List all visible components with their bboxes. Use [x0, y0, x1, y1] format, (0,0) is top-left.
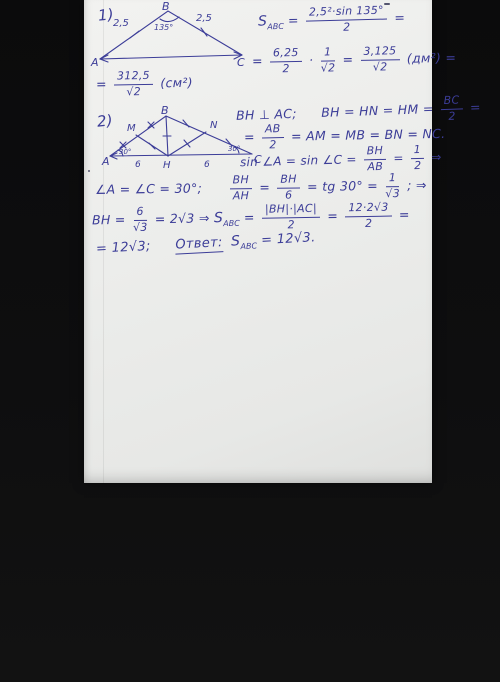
notebook-page: 1) A B C 2,5 2,5 135° SABC = 2,5²·sin 13…: [84, 0, 432, 483]
fraction-numerator: 12·2√3: [345, 202, 392, 217]
problem1-equation-1: SABC = 2,5²·sin 135°2 =: [258, 4, 406, 36]
angle-values-statement: ∠A = ∠C = 30°;: [95, 180, 202, 196]
fraction-numerator: 6,25: [270, 47, 302, 62]
tick-side-bc: [201, 28, 207, 36]
angle-b-arc: [160, 17, 179, 22]
problem2-line-4: ∠A = ∠C = 30°; BHAH = BH6 = tg 30° = 1√3…: [95, 172, 427, 205]
fraction-denominator: √2: [126, 85, 141, 99]
problem1-equation-2: = 6,252 · 1√2 = 3,125√2 (дм²) =: [252, 44, 457, 76]
area-symbol-subscript: ABC: [223, 219, 240, 228]
fraction-denominator: √3: [385, 187, 400, 201]
answer-label: Ответ:: [175, 235, 223, 254]
equals-sign: =: [393, 151, 404, 165]
problem2-line-5: BH = 6√3 = 2√3 ⇒ SABC = |BH|·|AC|2 = 12·…: [92, 201, 410, 235]
fraction-denominator: √3: [133, 220, 148, 234]
fraction: BHAB: [364, 145, 387, 174]
tick-side-ab: [130, 31, 139, 38]
spacer: [301, 117, 317, 118]
equals-sign: =: [252, 53, 263, 68]
perpendicular-statement: BH ⊥ AC;: [236, 106, 297, 123]
fraction-numerator: 6: [133, 206, 147, 221]
triangle2-point-h-label: H: [163, 160, 171, 171]
equals-sign: =: [445, 50, 456, 65]
multiply-dot: ·: [309, 52, 314, 67]
angle-a-value: 30°: [119, 148, 131, 156]
spacer: [155, 249, 171, 250]
problem1-triangle-diagram: A B C 2,5 2,5 135°: [90, 2, 252, 68]
area-symbol: S: [258, 13, 268, 29]
fraction: 12: [411, 144, 425, 173]
equals-sign: =: [244, 210, 255, 225]
triangle2-vertex-a-label: A: [101, 155, 110, 168]
fraction-numerator: BC: [440, 94, 462, 109]
fraction: 3,125√2: [360, 45, 399, 74]
fraction-denominator: 2: [365, 217, 373, 231]
fraction: BH6: [277, 173, 300, 202]
fraction: 6,252: [270, 47, 302, 76]
equals-sign: =: [327, 208, 338, 223]
fraction: 12·2√32: [345, 202, 392, 231]
fraction: 312,5√2: [114, 70, 153, 99]
equal-segments-statement: BH = HN = HМ =: [321, 101, 434, 120]
implies-arrow: ; ⇒: [407, 177, 427, 192]
fraction: 1√2: [320, 46, 335, 75]
triangle1-side-bc-length: 2,5: [196, 13, 212, 24]
equals-sign: =: [96, 76, 107, 91]
triangle1-vertex-c-label: C: [237, 56, 245, 69]
triangle1-side-ac: [100, 55, 242, 59]
equals-sign: =: [470, 99, 481, 114]
segment-ah-length: 6: [135, 160, 141, 170]
final-answer-value: = 12√3.: [261, 230, 316, 248]
segment-hc-length: 6: [204, 160, 210, 170]
fraction: |BH|·|AC|2: [262, 203, 321, 232]
area-symbol: S: [214, 210, 223, 226]
stray-ink-dot: [88, 170, 90, 172]
area-symbol-subscript: ABC: [267, 22, 284, 31]
result-value: = 12√3;: [96, 239, 151, 257]
fraction-denominator: √2: [373, 60, 388, 74]
bh-value-statement: BH =: [92, 212, 126, 228]
fraction-denominator: √2: [321, 61, 336, 75]
equals-sign: =: [342, 52, 353, 67]
sine-statement: sin ∠A = sin ∠C =: [240, 152, 357, 169]
fraction: 2,5²·sin 135°2: [306, 5, 388, 35]
equals-sign: =: [399, 207, 410, 222]
fraction-numerator: 312,5: [114, 70, 153, 85]
triangle1-side-ab-length: 2,5: [113, 18, 129, 29]
fraction-denominator: 2: [282, 62, 290, 76]
fraction-denominator: 6: [285, 188, 293, 202]
problem2-line-6-answer: = 12√3; Ответ: SABC = 12√3.: [96, 230, 316, 258]
fraction: BHAH: [229, 174, 252, 203]
angle-c-value: 30°: [228, 145, 240, 153]
fraction-numerator: AB: [262, 123, 284, 138]
fraction-denominator: AH: [233, 189, 250, 203]
triangle2-vertex-b-label: B: [161, 104, 169, 117]
fraction-numerator: 1: [321, 46, 335, 61]
fraction: 1√3: [385, 172, 400, 200]
fraction-numerator: BH: [277, 173, 300, 188]
fraction-numerator: 3,125: [360, 45, 399, 60]
fraction: 6√3: [133, 206, 148, 235]
fraction-denominator: 2: [448, 109, 456, 123]
equals-sign: =: [394, 10, 405, 25]
fraction-numerator: BH: [364, 145, 387, 160]
fraction-numerator: 2,5²·sin 135°: [306, 5, 387, 22]
triangle1-vertex-b-label: B: [162, 0, 170, 13]
fraction-denominator: 2: [287, 218, 295, 232]
equal-segments-statement: = AМ = МB = BN = NC.: [291, 126, 446, 144]
unit-label: (дм²): [407, 50, 442, 66]
unit-label: (см²): [160, 75, 193, 91]
triangle1-angle-b-value: 135°: [154, 23, 173, 32]
tick-segment-mh: [149, 143, 155, 149]
fraction-numerator: 1: [411, 144, 425, 159]
problem1-equation-3: = 312,5√2 (см²): [96, 69, 193, 99]
implies-arrow: ⇒: [431, 150, 442, 164]
result-statement: = 2√3 ⇒: [155, 210, 210, 226]
fraction: BC2: [440, 94, 463, 123]
fraction-denominator: 2: [414, 159, 422, 173]
fraction-denominator: 2: [343, 20, 351, 34]
fraction-numerator: |BH|·|AC|: [262, 203, 320, 219]
stray-ink-mark: [384, 3, 390, 5]
triangle2-point-n-label: N: [210, 120, 218, 131]
tangent-statement: = tg 30° =: [307, 178, 378, 194]
equals-sign: =: [244, 129, 255, 144]
triangle1-vertex-a-label: A: [90, 56, 99, 69]
fraction-numerator: 1: [386, 172, 400, 187]
fraction-numerator: BH: [229, 174, 252, 189]
equals-sign: =: [288, 13, 299, 28]
area-symbol-subscript: ABC: [240, 241, 257, 251]
equals-sign: =: [259, 180, 270, 195]
triangle2-point-m-label: М: [127, 123, 136, 134]
